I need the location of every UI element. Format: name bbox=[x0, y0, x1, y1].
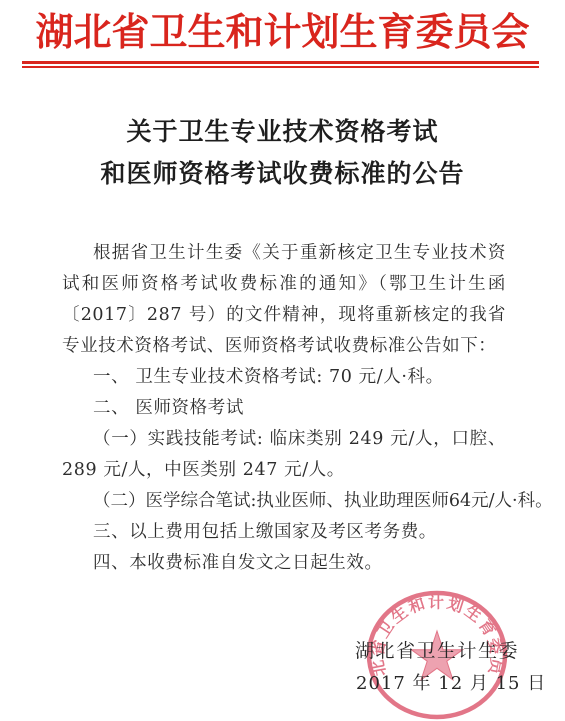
body-line: 试和医师资格考试收费标准的通知》（鄂卫生计生函 bbox=[62, 269, 506, 300]
body-line: 一、 卫生专业技术资格考试: 70 元/人·科。 bbox=[62, 362, 506, 393]
body-line: 二、 医师资格考试 bbox=[62, 393, 506, 424]
signature-date: 2017 年 12 月 15 日 bbox=[356, 673, 546, 695]
document-body: 根据省卫生计生委《关于重新核定卫生专业技术资格考 试和医师资格考试收费标准的通知… bbox=[62, 238, 506, 579]
document-title: 关于卫生专业技术资格考试 和医师资格考试收费标准的公告 bbox=[0, 111, 565, 195]
official-document-page: 湖北省卫生和计划生育委员会 关于卫生专业技术资格考试 和医师资格考试收费标准的公… bbox=[0, 0, 565, 721]
letterhead-double-rule bbox=[22, 61, 539, 68]
body-line: 专业技术资格考试、医师资格考试收费标准公告如下： bbox=[62, 331, 506, 362]
body-line: （一）实践技能考试: 临床类别 249 元/人，口腔、公卫类别 bbox=[62, 424, 506, 455]
body-line: （二）医学综合笔试:执业医师、执业助理医师64元/人·科。 bbox=[62, 486, 506, 517]
body-line: 〔2017〕287 号）的文件精神，现将重新核定的我省卫生 bbox=[62, 300, 506, 331]
body-line: 四、本收费标准自发文之日起生效。 bbox=[62, 548, 506, 579]
rule-thick-line bbox=[22, 61, 539, 64]
letterhead-agency-title: 湖北省卫生和计划生育委员会 bbox=[0, 7, 565, 57]
signature-agency-name: 湖北省卫生计生委 bbox=[355, 640, 519, 662]
rule-thin-line bbox=[22, 66, 539, 68]
body-line: 根据省卫生计生委《关于重新核定卫生专业技术资格考 bbox=[62, 238, 506, 269]
body-line: 289 元/人，中医类别 247 元/人。 bbox=[62, 455, 506, 486]
document-title-line-1: 关于卫生专业技术资格考试 bbox=[0, 111, 565, 153]
document-title-line-2: 和医师资格考试收费标准的公告 bbox=[0, 153, 565, 195]
body-line: 三、以上费用包括上缴国家及考区考务费。 bbox=[62, 517, 506, 548]
